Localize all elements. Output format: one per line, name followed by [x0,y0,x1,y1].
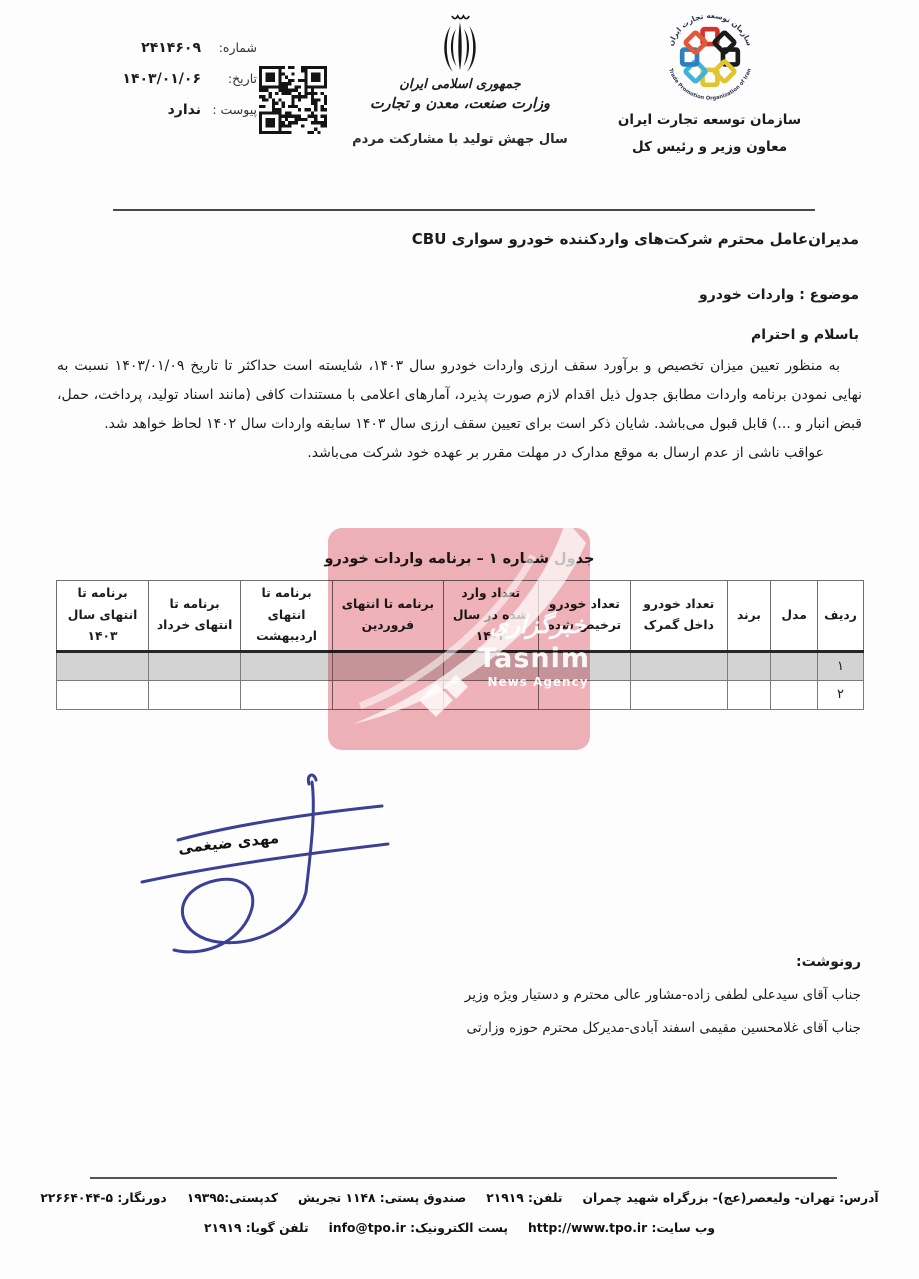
col-plan-ordibehesht: برنامه تا انتهای اردیبهشت [241,581,333,652]
table-row: ۲ [57,680,864,709]
col-in-customs: تعداد خودرو داخل گمرک [630,581,727,652]
cc-item: جناب آقای غلامحسین مقیمی اسفند آبادی-مدی… [465,1012,861,1045]
col-model: مدل [771,581,818,652]
ref-date-value: ۱۴۰۳/۰۱/۰۶ [122,71,201,87]
body-paragraph-2: عواقب ناشی از عدم ارسال به موقع مدارک در… [57,439,862,468]
tpo-logo-icon: سازمان توسعه تجارت ایران Trade Promotion… [659,6,761,108]
year-slogan: سال جهش تولید با مشارکت مردم [330,132,590,147]
ref-date-label: تاریخ: [201,71,257,86]
qr-code-icon [259,66,327,134]
table-title: جدول شماره ۱ – برنامه واردات خودرو [0,551,919,567]
footer-email: پست الکترونیک: info@tpo.ir [329,1221,508,1235]
addressee-line: مدیران‌عامل محترم شرکت‌های واردکننده خود… [412,230,859,248]
table-row: ۱ [57,651,864,680]
footer-address: آدرس: تهران- ولیعصر(عج)- بزرگراه شهید چم… [583,1191,879,1205]
footer-divider [90,1177,837,1179]
body-paragraph-1: به منظور تعیین میزان تخصیص و برآورد سقف … [57,352,862,439]
ref-number-value: ۲۴۱۴۶۰۹ [141,40,201,56]
letter-body: به منظور تعیین میزان تخصیص و برآورد سقف … [57,352,862,468]
footer-postalcode: کدپستی:۱۹۳۹۵ [187,1191,278,1205]
row-number-cell: ۲ [818,680,864,709]
ref-number-row: شماره: ۲۴۱۴۶۰۹ [62,40,257,56]
col-imported-1402: تعداد وارد شده در سال ۱۴۰۲ [443,581,538,652]
ministry-letterhead: جمهوری اسلامی ایران وزارت صنعت، معدن و ت… [330,12,590,147]
col-plan-farvardin: برنامه تا انتهای فروردین [333,581,444,652]
country-name: جمهوری اسلامی ایران [330,77,590,92]
import-plan-table: ردیف مدل برند تعداد خودرو داخل گمرک تعدا… [56,580,864,710]
ref-number-label: شماره: [201,40,257,55]
org-name: سازمان توسعه تجارت ایران [592,112,827,128]
footer-fax: دورنگار: ۵-۲۲۶۶۴۰۴۴ [40,1191,166,1205]
letter-page: شماره: ۲۴۱۴۶۰۹ تاریخ: ۱۴۰۳/۰۱/۰۶ پیوست :… [0,0,919,1279]
iran-emblem-icon [437,12,483,76]
col-plan-khordad: برنامه تا انتهای خرداد [149,581,241,652]
ref-date-row: تاریخ: ۱۴۰۳/۰۱/۰۶ [62,71,257,87]
handwritten-signature [130,762,400,967]
footer-voicephone: تلفن گویا: ۲۱۹۱۹ [204,1221,309,1235]
footer-website: وب سایت: http://www.tpo.ir [528,1221,715,1235]
cc-label: رونوشت: [465,946,861,979]
col-row-number: ردیف [818,581,864,652]
footer-phone: تلفن: ۲۱۹۱۹ [486,1191,562,1205]
col-plan-year-1403: برنامه تا انتهای سال ۱۴۰۳ [57,581,149,652]
org-role: معاون وزیر و رئیس کل [592,139,827,155]
table-header-row: ردیف مدل برند تعداد خودرو داخل گمرک تعدا… [57,581,864,652]
ref-attachment-value: ندارد [168,102,201,118]
footer-line-1: آدرس: تهران- ولیعصر(عج)- بزرگراه شهید چم… [0,1191,919,1205]
ref-attachment-label: پیوست : [201,102,257,117]
row-number-cell: ۱ [818,651,864,680]
ministry-name: وزارت صنعت، معدن و تجارت [330,96,590,112]
signature-block: مهدی ضیغمی [130,762,400,967]
header-divider [113,209,815,211]
salutation-line: باسلام و احترام [751,327,859,343]
subject-line: موضوع : واردات خودرو [699,287,859,303]
tpo-letterhead: سازمان توسعه تجارت ایران Trade Promotion… [592,6,827,155]
col-cleared: تعداد خودرو ترخیص شده [538,581,630,652]
cc-item: جناب آقای سیدعلی لطفی زاده-مشاور عالی مح… [465,979,861,1012]
col-brand: برند [727,581,771,652]
footer-line-2: وب سایت: http://www.tpo.ir پست الکترونیک… [0,1221,919,1235]
cc-block: رونوشت: جناب آقای سیدعلی لطفی زاده-مشاور… [465,946,861,1045]
reference-block: شماره: ۲۴۱۴۶۰۹ تاریخ: ۱۴۰۳/۰۱/۰۶ پیوست :… [62,40,257,133]
footer-pobox: صندوق پستی: ۱۱۴۸ تجریش [298,1191,466,1205]
ref-attachment-row: پیوست : ندارد [62,102,257,118]
